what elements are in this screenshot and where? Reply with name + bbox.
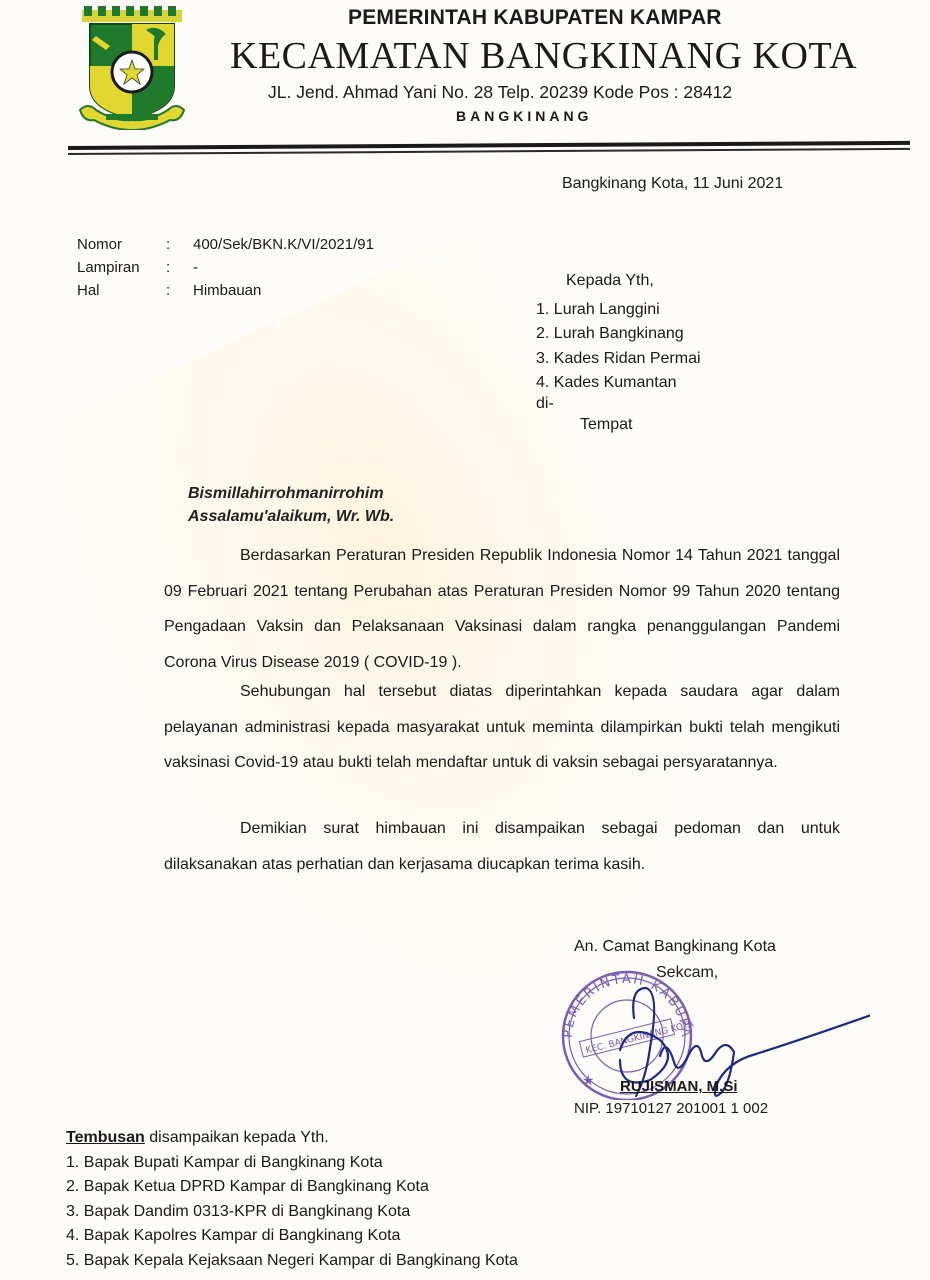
office-city: BANGKINANG bbox=[456, 108, 592, 124]
paragraph-2: Sehubungan hal tersebut diatas diperinta… bbox=[164, 674, 840, 781]
greeting-basmalah: Bismillahirrohmanirrohim bbox=[188, 482, 394, 505]
paragraph-text: Berdasarkan Peraturan Presiden Republik … bbox=[164, 547, 840, 671]
meta-row-number: Nomor : 400/Sek/BKN.K/VI/2021/91 bbox=[77, 233, 374, 256]
meta-label: Hal bbox=[77, 279, 166, 302]
meta-sep: : bbox=[166, 233, 193, 256]
letter-date: Bangkinang Kota, 11 Juni 2021 bbox=[562, 175, 783, 193]
office-name: KECAMATAN BANGKINANG KOTA bbox=[230, 34, 857, 78]
copies-heading-label: Tembusan bbox=[66, 1129, 145, 1146]
list-item: 3. Bapak Dandim 0313-KPR di Bangkinang K… bbox=[66, 1200, 518, 1225]
list-item: 4. Bapak Kapolres Kampar di Bangkinang K… bbox=[66, 1224, 518, 1249]
list-item: 1. Lurah Langgini bbox=[536, 298, 701, 322]
paragraph-1: Berdasarkan Peraturan Presiden Republik … bbox=[164, 538, 840, 680]
meta-row-attachment: Lampiran : - bbox=[77, 256, 374, 279]
meta-label: Lampiran bbox=[77, 256, 166, 279]
greeting: Bismillahirrohmanirrohim Assalamu'alaiku… bbox=[188, 482, 394, 528]
meta-label: Nomor bbox=[77, 233, 166, 256]
addressee-di: di- bbox=[536, 395, 554, 413]
list-item: 3. Kades Ridan Permai bbox=[536, 347, 701, 371]
signatory-name: RUJISMAN, M.Si bbox=[620, 1078, 738, 1095]
government-name: PEMERINTAH KABUPATEN KAMPAR bbox=[348, 6, 722, 30]
list-item: 5. Bapak Kepala Kejaksaan Negeri Kampar … bbox=[66, 1249, 518, 1274]
addressee-intro: Kepada Yth, bbox=[566, 272, 654, 290]
office-address: JL. Jend. Ahmad Yani No. 28 Telp. 20239 … bbox=[268, 82, 732, 103]
paragraph-text: Sehubungan hal tersebut diatas diperinta… bbox=[164, 683, 840, 771]
recipient-list: 1. Lurah Langgini 2. Lurah Bangkinang 3.… bbox=[536, 298, 701, 395]
meta-sep: : bbox=[166, 279, 193, 302]
copies-heading: Tembusan disampaikan kepada Yth. bbox=[66, 1126, 518, 1151]
meta-sep: : bbox=[166, 256, 193, 279]
meta-value: Himbauan bbox=[193, 279, 261, 302]
copies-list: Tembusan disampaikan kepada Yth. 1. Bapa… bbox=[66, 1126, 518, 1273]
list-item: 1. Bapak Bupati Kampar di Bangkinang Kot… bbox=[66, 1151, 518, 1176]
signature-on-behalf: An. Camat Bangkinang Kota bbox=[574, 938, 776, 956]
paragraph-3: Demikian surat himbauan ini disampaikan … bbox=[164, 811, 840, 882]
signatory-nip: NIP. 19710127 201001 1 002 bbox=[574, 1100, 768, 1117]
meta-value: 400/Sek/BKN.K/VI/2021/91 bbox=[193, 233, 374, 256]
addressee-place: Tempat bbox=[580, 416, 632, 434]
letter-meta: Nomor : 400/Sek/BKN.K/VI/2021/91 Lampira… bbox=[77, 233, 374, 302]
meta-row-subject: Hal : Himbauan bbox=[77, 279, 374, 302]
copies-heading-rest: disampaikan kepada Yth. bbox=[145, 1129, 329, 1146]
list-item: 2. Lurah Bangkinang bbox=[536, 322, 701, 346]
list-item: 2. Bapak Ketua DPRD Kampar di Bangkinang… bbox=[66, 1175, 518, 1200]
list-item: 4. Kades Kumantan bbox=[536, 371, 701, 395]
coat-of-arms-icon bbox=[76, 6, 188, 130]
meta-value: - bbox=[193, 256, 198, 279]
paragraph-text: Demikian surat himbauan ini disampaikan … bbox=[164, 820, 840, 873]
greeting-salam: Assalamu'alaikum, Wr. Wb. bbox=[188, 505, 394, 528]
